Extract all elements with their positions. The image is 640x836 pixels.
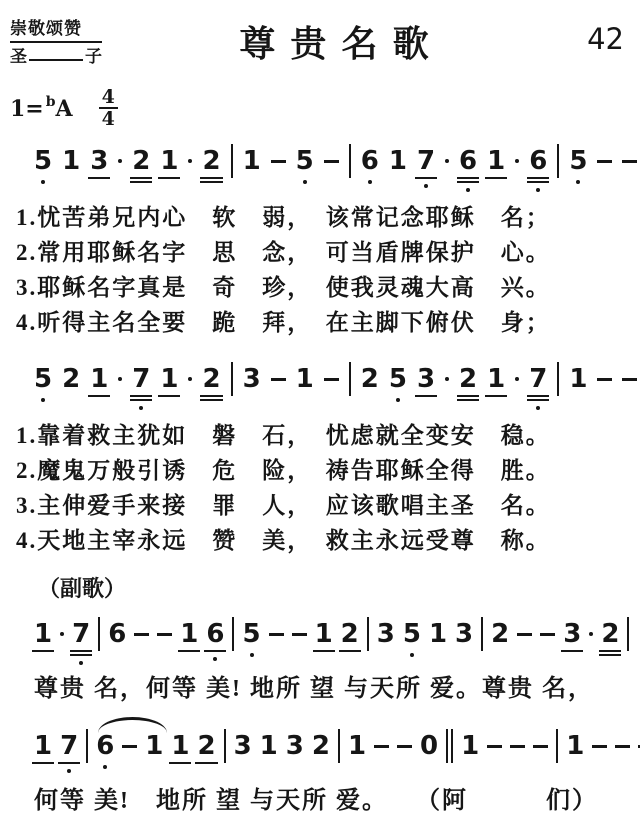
note-2: 2 — [202, 366, 220, 392]
augmentation-dot — [118, 159, 122, 163]
low-octave-dot — [213, 657, 217, 661]
duration-dash — [271, 378, 286, 381]
category-top-label: 崇敬颂赞 — [10, 18, 102, 43]
note-1: 1 — [180, 621, 198, 647]
low-octave-dot — [79, 661, 83, 665]
note-3: 3 — [90, 148, 108, 174]
key-signature: 1=bA 4 4 — [10, 88, 640, 131]
hymn-title: 尊贵名歌 — [102, 16, 566, 67]
eighth-underline — [32, 762, 54, 764]
note-1: 1 — [461, 733, 479, 759]
eighth-underline — [169, 762, 191, 764]
hymn-category: 崇敬颂赞 圣 子 — [10, 18, 102, 68]
eighth-underline — [200, 395, 222, 397]
lyric-line: 何等 美! 地所 望 与天所 爱。 （阿 们） — [34, 783, 640, 819]
duration-dash — [592, 745, 607, 748]
eighth-underline — [561, 650, 583, 652]
lyric-line: 尊贵 名，何等 美! 地所 望 与天所 爱。尊贵 名， — [34, 671, 640, 707]
note-5: 5 — [242, 621, 260, 647]
barline — [627, 617, 629, 651]
note-6: 6 — [108, 621, 126, 647]
barline — [451, 729, 453, 763]
sixteenth-underline — [70, 654, 92, 656]
barline — [367, 617, 369, 651]
sixteenth-underline — [457, 399, 479, 401]
duration-dash — [540, 633, 555, 636]
note-2: 2 — [491, 621, 509, 647]
duration-dash — [597, 378, 612, 381]
note-5: 5 — [34, 148, 52, 174]
sixteenth-underline — [527, 181, 549, 183]
note-5: 5 — [34, 366, 52, 392]
eighth-underline — [457, 395, 479, 397]
duration-dash — [597, 160, 612, 163]
note-0: 0 — [420, 733, 438, 759]
eighth-underline — [485, 395, 507, 397]
barline — [481, 617, 483, 651]
note-6: 6 — [96, 733, 114, 759]
note-1: 1 — [145, 733, 163, 759]
notation-chorus-line-2: 17611231321011 — [0, 707, 640, 783]
lyric-line: 2.魔鬼万般引诱 危 险， 祷告耶稣全得 胜。 — [16, 453, 640, 488]
lyric-line: 1.忧苦弟兄内心 软 弱， 该常记念耶稣 名； — [16, 200, 640, 235]
note-7: 7 — [60, 733, 78, 759]
note-1: 1 — [34, 733, 52, 759]
note-5: 5 — [296, 148, 314, 174]
lyric-line: 4.听得主名全要 跪 拜， 在主脚下俯伏 身； — [16, 305, 640, 340]
lyric-line: 3.主伸爱手来接 罪 人， 应该歌唱主圣 名。 — [16, 488, 640, 523]
note-3: 3 — [563, 621, 581, 647]
eighth-underline — [130, 395, 152, 397]
low-octave-dot — [41, 180, 45, 184]
augmentation-dot — [445, 377, 449, 381]
eighth-underline — [200, 177, 222, 179]
low-octave-dot — [103, 765, 107, 769]
duration-dash — [622, 160, 637, 163]
flat-sign: b — [46, 94, 56, 110]
note-7: 7 — [529, 366, 547, 392]
lyric-line: 1.靠着救主犹如 磐 石， 忧虑就全变安 稳。 — [16, 418, 640, 453]
duration-dash — [292, 633, 307, 636]
augmentation-dot — [515, 159, 519, 163]
note-2: 2 — [62, 366, 80, 392]
chorus-lyrics-1: 尊贵 名，何等 美! 地所 望 与天所 爱。尊贵 名， — [0, 671, 640, 707]
note-6: 6 — [459, 148, 477, 174]
note-1: 1 — [160, 148, 178, 174]
augmentation-dot — [188, 377, 192, 381]
eighth-underline — [599, 650, 621, 652]
note-1: 1 — [160, 366, 178, 392]
note-2: 2 — [197, 733, 215, 759]
sixteenth-underline — [527, 399, 549, 401]
low-octave-dot — [536, 406, 540, 410]
barline — [231, 144, 233, 178]
sixteenth-underline — [599, 654, 621, 656]
eighth-underline — [178, 650, 200, 652]
note-3: 3 — [417, 366, 435, 392]
note-7: 7 — [72, 621, 90, 647]
low-octave-dot — [139, 406, 143, 410]
double-barline — [446, 729, 453, 763]
note-1: 1 — [315, 621, 333, 647]
augmentation-dot — [188, 159, 192, 163]
notation-line-2: 521712312532171 — [0, 354, 640, 416]
eighth-underline — [32, 650, 54, 652]
duration-dash — [397, 745, 412, 748]
note-7: 7 — [132, 366, 150, 392]
barline — [86, 729, 88, 763]
note-6: 6 — [206, 621, 224, 647]
eighth-underline — [527, 395, 549, 397]
time-signature: 4 4 — [99, 88, 118, 131]
note-1: 1 — [487, 366, 505, 392]
augmentation-dot — [445, 159, 449, 163]
low-octave-dot — [396, 398, 400, 402]
augmentation-dot — [589, 632, 593, 636]
page-number: 42 — [566, 22, 628, 56]
slur-arc — [98, 717, 167, 733]
note-1: 1 — [429, 621, 447, 647]
barline — [232, 617, 234, 651]
sixteenth-underline — [200, 399, 222, 401]
note-1: 1 — [487, 148, 505, 174]
eighth-underline — [70, 650, 92, 652]
low-octave-dot — [424, 184, 428, 188]
note-2: 2 — [202, 148, 220, 174]
duration-dash — [269, 633, 284, 636]
barline — [338, 729, 340, 763]
note-1: 1 — [34, 621, 52, 647]
time-signature-numerator: 4 — [99, 88, 118, 108]
barline — [98, 617, 100, 651]
note-3: 3 — [377, 621, 395, 647]
lyric-line: 4.天地主宰永远 赞 美， 救主永远受尊 称。 — [16, 523, 640, 558]
sixteenth-underline — [457, 181, 479, 183]
sixteenth-underline — [200, 181, 222, 183]
duration-dash — [487, 745, 502, 748]
duration-dash — [324, 160, 339, 163]
note-3: 3 — [455, 621, 473, 647]
low-octave-dot — [576, 180, 580, 184]
augmentation-dot — [60, 632, 64, 636]
augmentation-dot — [515, 377, 519, 381]
key-tonic: A — [56, 96, 73, 122]
note-2: 2 — [459, 366, 477, 392]
chorus-label: （副歌） — [38, 572, 640, 603]
note-1: 1 — [348, 733, 366, 759]
eighth-underline — [485, 177, 507, 179]
category-char-left: 圣 — [10, 46, 27, 67]
duration-dash — [510, 745, 525, 748]
note-5: 5 — [569, 148, 587, 174]
note-5: 5 — [403, 621, 421, 647]
note-1: 1 — [566, 733, 584, 759]
page-header: 崇敬颂赞 圣 子 尊贵名歌 42 — [0, 12, 640, 68]
low-octave-dot — [466, 188, 470, 192]
eighth-underline — [88, 395, 110, 397]
notation-line-1: 5132121561761650 — [0, 136, 640, 198]
duration-dash — [615, 745, 630, 748]
note-1: 1 — [62, 148, 80, 174]
category-rule — [29, 59, 83, 61]
barline — [556, 729, 558, 763]
sixteenth-underline — [130, 181, 152, 183]
barline — [557, 362, 559, 396]
eighth-underline — [158, 177, 180, 179]
note-1: 1 — [171, 733, 189, 759]
note-3: 3 — [234, 733, 252, 759]
barline — [349, 362, 351, 396]
note-3: 3 — [243, 366, 261, 392]
lyric-line: 2.常用耶稣名字 思 念， 可当盾牌保护 心。 — [16, 235, 640, 270]
note-2: 2 — [312, 733, 330, 759]
barline — [557, 144, 559, 178]
duration-dash — [517, 633, 532, 636]
note-1: 1 — [243, 148, 261, 174]
low-octave-dot — [250, 653, 254, 657]
time-signature-denominator: 4 — [99, 107, 118, 130]
low-octave-dot — [536, 188, 540, 192]
duration-dash — [157, 633, 172, 636]
note-2: 2 — [132, 148, 150, 174]
barline — [224, 729, 226, 763]
low-octave-dot — [67, 769, 71, 773]
eighth-underline — [415, 395, 437, 397]
note-3: 3 — [286, 733, 304, 759]
duration-dash — [134, 633, 149, 636]
note-6: 6 — [529, 148, 547, 174]
stanza-1: 1.忧苦弟兄内心 软 弱， 该常记念耶稣 名；2.常用耶稣名字 思 念， 可当盾… — [0, 200, 640, 340]
eighth-underline — [339, 650, 361, 652]
note-1: 1 — [569, 366, 587, 392]
sixteenth-underline — [130, 399, 152, 401]
duration-dash — [324, 378, 339, 381]
note-7: 7 — [417, 148, 435, 174]
barline — [349, 144, 351, 178]
note-6: 6 — [361, 148, 379, 174]
note-1: 1 — [389, 148, 407, 174]
low-octave-dot — [410, 653, 414, 657]
key-base: 1= — [10, 96, 44, 122]
eighth-underline — [527, 177, 549, 179]
lyric-line: 3.耶稣名字真是 奇 珍， 使我灵魂大高 兴。 — [16, 270, 640, 305]
category-char-right: 子 — [85, 46, 102, 67]
note-2: 2 — [361, 366, 379, 392]
duration-dash — [533, 745, 548, 748]
eighth-underline — [204, 650, 226, 652]
chorus-lyrics-2: 何等 美! 地所 望 与天所 爱。 （阿 们） — [0, 783, 640, 819]
note-1: 1 — [260, 733, 278, 759]
duration-dash — [374, 745, 389, 748]
eighth-underline — [195, 762, 217, 764]
eighth-underline — [158, 395, 180, 397]
eighth-underline — [313, 650, 335, 652]
stanza-2: 1.靠着救主犹如 磐 石， 忧虑就全变安 稳。2.魔鬼万般引诱 危 险， 祷告耶… — [0, 418, 640, 558]
eighth-underline — [457, 177, 479, 179]
duration-dash — [271, 160, 286, 163]
low-octave-dot — [303, 180, 307, 184]
eighth-underline — [88, 177, 110, 179]
barline — [231, 362, 233, 396]
duration-dash — [122, 745, 137, 748]
note-5: 5 — [389, 366, 407, 392]
low-octave-dot — [368, 180, 372, 184]
note-2: 2 — [601, 621, 619, 647]
notation-chorus-line-1: 1761651235132321 — [0, 609, 640, 671]
eighth-underline — [130, 177, 152, 179]
augmentation-dot — [118, 377, 122, 381]
duration-dash — [622, 378, 637, 381]
eighth-underline — [58, 762, 80, 764]
note-1: 1 — [90, 366, 108, 392]
eighth-underline — [415, 177, 437, 179]
category-bottom-label: 圣 子 — [10, 43, 102, 67]
note-2: 2 — [341, 621, 359, 647]
note-1: 1 — [296, 366, 314, 392]
low-octave-dot — [41, 398, 45, 402]
barline — [446, 729, 448, 763]
